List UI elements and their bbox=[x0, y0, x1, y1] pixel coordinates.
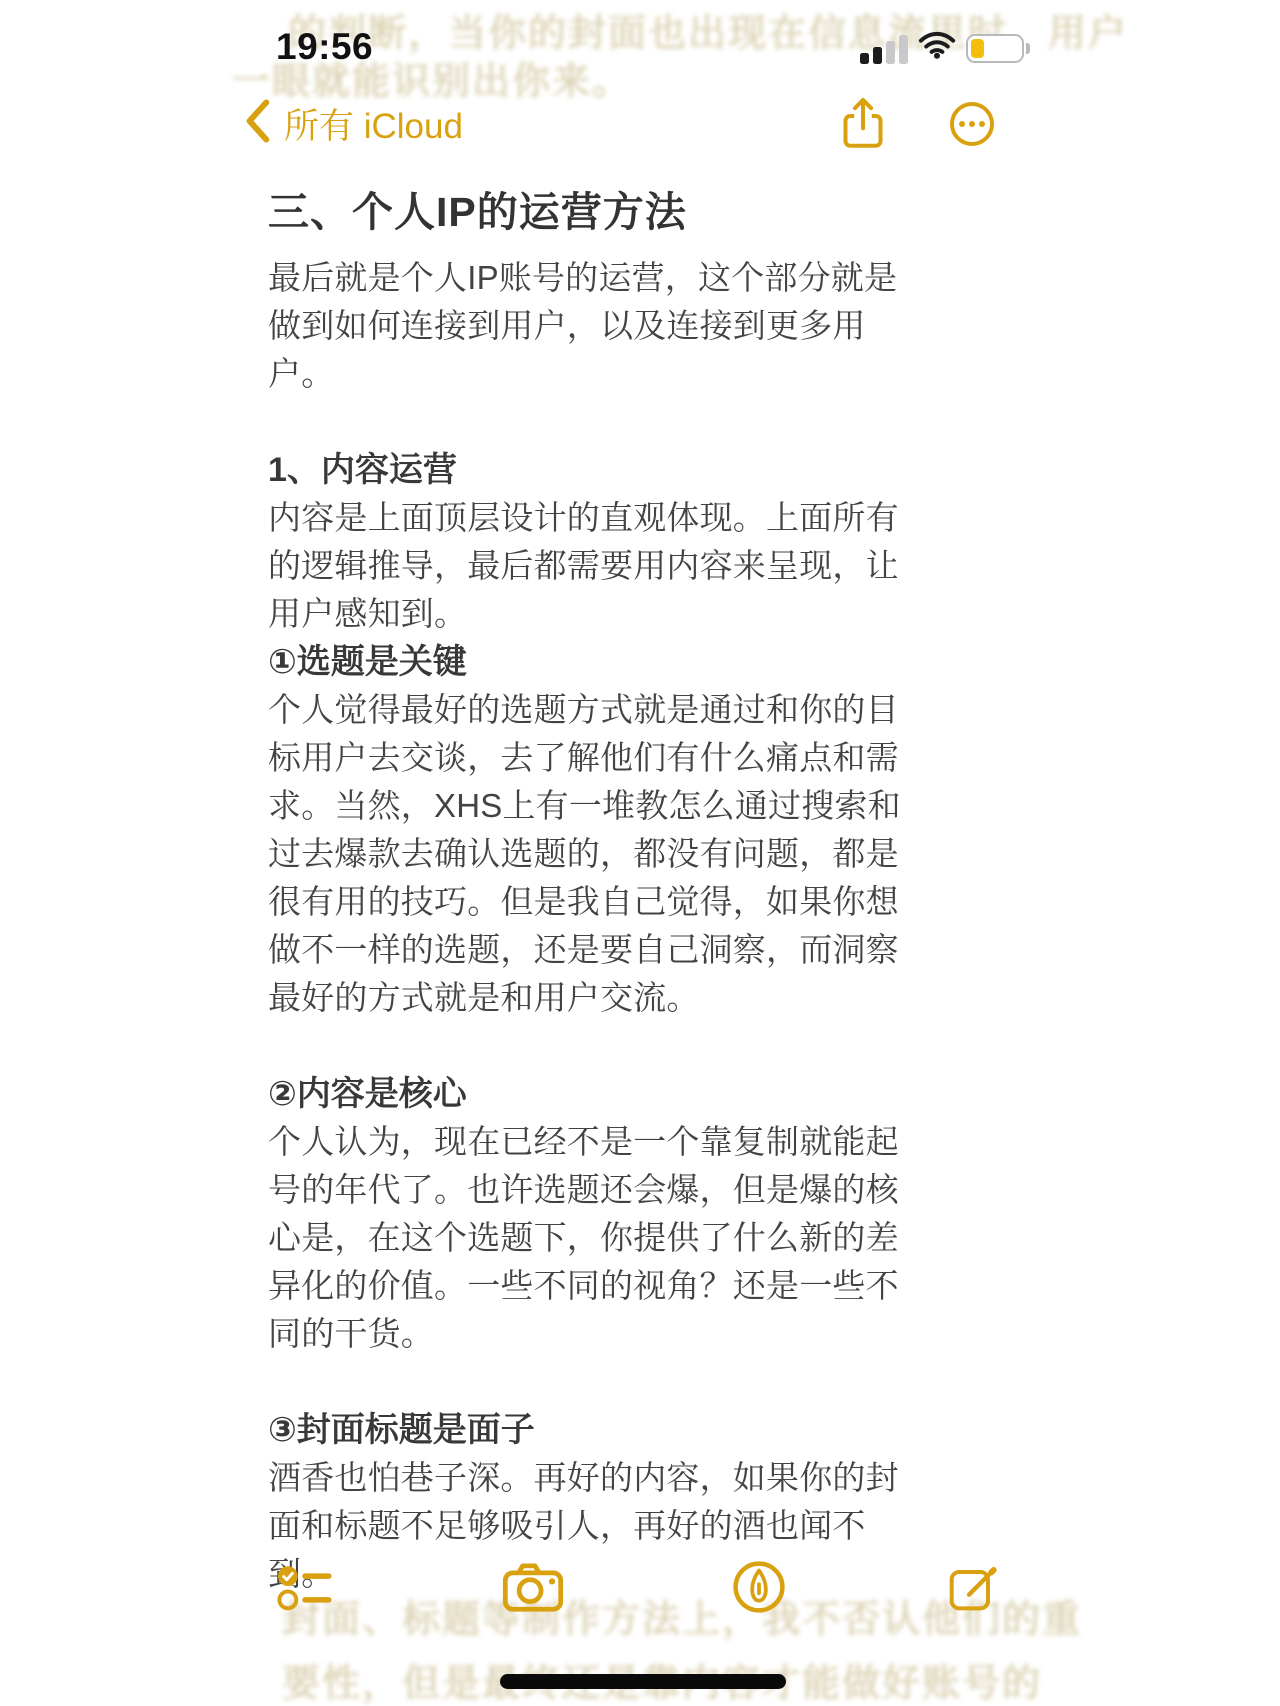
camera-button[interactable] bbox=[502, 1562, 564, 1619]
checklist-button[interactable] bbox=[276, 1564, 334, 1617]
clock-time: 19:56 bbox=[276, 26, 373, 68]
markup-button[interactable] bbox=[732, 1560, 786, 1619]
signal-bar bbox=[873, 47, 882, 64]
battery-icon bbox=[966, 34, 1030, 63]
battery-fill-level bbox=[971, 39, 984, 58]
more-ellipsis-icon bbox=[969, 121, 975, 127]
bottom-toolbar bbox=[0, 1548, 1280, 1638]
note-body: 最后就是个人IP账号的运营，这个部分就是做到如何连接到用户，以及连接到更多用户。 bbox=[268, 254, 920, 398]
home-indicator[interactable] bbox=[500, 1674, 786, 1689]
note-body[interactable]: 三、个人IP的运营方法最后就是个人IP账号的运营，这个部分就是做到如何连接到用户… bbox=[268, 184, 920, 1598]
signal-bar bbox=[860, 53, 869, 64]
navigation-bar: 所有 iCloud bbox=[0, 92, 1280, 162]
share-icon bbox=[842, 139, 884, 156]
note-heading: ①选题是关键 bbox=[268, 638, 920, 686]
more-ellipsis-icon bbox=[959, 121, 965, 127]
note-body: 个人觉得最好的选题方式就是通过和你的目标用户去交谈，去了解他们有什么痛点和需求。… bbox=[268, 686, 920, 1022]
battery-nub bbox=[1026, 43, 1030, 54]
notes-app-screen: 的判断，当你的封面也出现在信息流里时，用户 一眼就能识别出你来。 封面、标题等制… bbox=[0, 0, 1280, 1706]
battery-body bbox=[966, 34, 1024, 63]
note-body: 个人认为，现在已经不是一个靠复制就能起号的年代了。也许选题还会爆，但是爆的核心是… bbox=[268, 1118, 920, 1358]
note-spacer bbox=[268, 398, 920, 446]
note-spacer bbox=[268, 1022, 920, 1070]
note-title: 三、个人IP的运营方法 bbox=[268, 184, 920, 240]
note-body: 内容是上面顶层设计的直观体现。上面所有的逻辑推导，最后都需要用内容来呈现，让用户… bbox=[268, 494, 920, 638]
share-button[interactable] bbox=[842, 94, 884, 157]
note-heading: 1、内容运营 bbox=[268, 446, 920, 494]
status-bar-icons bbox=[860, 30, 1030, 64]
compose-icon bbox=[948, 1599, 998, 1616]
checklist-icon bbox=[276, 1599, 334, 1616]
note-heading: ③封面标题是面子 bbox=[268, 1406, 920, 1454]
chevron-left-icon bbox=[244, 98, 270, 149]
note-heading: ②内容是核心 bbox=[268, 1070, 920, 1118]
more-button[interactable] bbox=[950, 102, 994, 146]
back-button[interactable]: 所有 iCloud bbox=[244, 98, 463, 149]
camera-icon bbox=[502, 1601, 564, 1618]
wifi-icon bbox=[918, 30, 956, 64]
signal-bar bbox=[899, 35, 908, 64]
compose-button[interactable] bbox=[948, 1562, 998, 1617]
markup-pen-icon bbox=[732, 1601, 786, 1618]
back-button-label: 所有 iCloud bbox=[284, 99, 463, 149]
more-ellipsis-icon bbox=[979, 121, 985, 127]
cellular-signal-icon bbox=[860, 35, 908, 64]
status-bar: 19:56 bbox=[0, 0, 1280, 90]
signal-bar bbox=[886, 41, 895, 64]
note-spacer bbox=[268, 1358, 920, 1406]
